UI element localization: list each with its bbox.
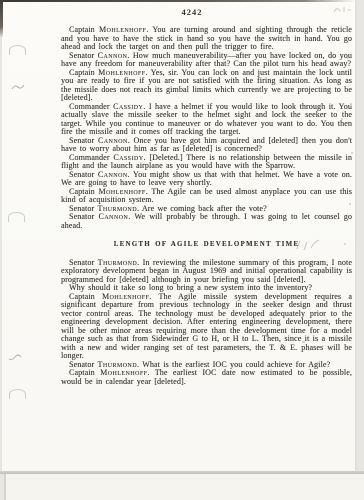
next-page-edge bbox=[4, 474, 364, 500]
scan-speck bbox=[341, 118, 343, 120]
speech-paragraph: Captain Mohlenhoff. Yes, sir. You can lo… bbox=[61, 69, 352, 103]
speaker-name: Cannon bbox=[98, 212, 128, 221]
punch-hole-mark bbox=[8, 212, 25, 222]
scan-speck bbox=[344, 243, 346, 245]
page-number: 4242 bbox=[152, 7, 232, 17]
punch-hole-mark bbox=[9, 389, 26, 399]
speaker-rank: Senator bbox=[69, 212, 98, 221]
speaker-rank: Commander bbox=[69, 102, 113, 111]
scan-speck bbox=[350, 103, 352, 106]
speaker-name: Cannon bbox=[98, 170, 128, 179]
speaker-rank: Senator bbox=[69, 170, 98, 179]
punch-hole-mark bbox=[9, 45, 26, 55]
speech-paragraph: Commander Cassidy. I have a helmet if yo… bbox=[61, 103, 352, 137]
speech-paragraph: Senator Cannon. You might show us that w… bbox=[61, 171, 352, 188]
pencil-smudge bbox=[332, 3, 356, 22]
speaker-rank: Captain bbox=[69, 68, 98, 77]
speaker-name: Mohlenhoff bbox=[98, 68, 145, 77]
speaker-name: Thurmond bbox=[98, 258, 138, 267]
pencil-smudge bbox=[294, 237, 322, 258]
pencil-mark bbox=[8, 350, 22, 368]
speaker-rank: Senator bbox=[69, 51, 98, 60]
speaker-rank: Captain bbox=[69, 25, 99, 34]
speaker-rank: Captain bbox=[69, 368, 100, 377]
speech-paragraph: Captain Mohlenhoff. The Agile missile sy… bbox=[61, 293, 352, 361]
pencil-mark bbox=[11, 79, 25, 97]
speaker-name: Cannon bbox=[98, 136, 128, 145]
speech-paragraph: Captain Mohlenhoff. You are turning arou… bbox=[61, 26, 352, 52]
document-page: 4242 Captain Mohlenhoff. You are turning… bbox=[2, 0, 355, 471]
scan-speck bbox=[302, 341, 305, 343]
scan-speck bbox=[347, 57, 349, 59]
speech-paragraph: Captain Mohlenhoff. The Agile can be use… bbox=[61, 188, 352, 205]
speaker-name: Mohlenhoff bbox=[102, 292, 149, 301]
speaker-name: Mohlenhoff bbox=[99, 25, 146, 34]
speaker-name: Cassidy bbox=[113, 153, 143, 162]
speaker-name: Cassidy bbox=[113, 102, 143, 111]
speaker-rank: Senator bbox=[69, 136, 98, 145]
speaker-rank: Commander bbox=[69, 153, 113, 162]
speech-paragraph: Senator Thurmond. In reviewing the miles… bbox=[61, 259, 352, 285]
speaker-name: Cannon bbox=[98, 51, 128, 60]
speech-paragraph: Senator Cannon. We will probably be thro… bbox=[61, 213, 352, 230]
scanned-page-background: { "page": { "number": "4242", "content":… bbox=[0, 0, 364, 500]
speech-paragraph: Captain Mohlenhoff. The earliest IOC dat… bbox=[61, 369, 352, 386]
speaker-name: Mohlenhoff bbox=[100, 368, 147, 377]
speech-paragraph: Senator Cannon. Once you have got him ac… bbox=[61, 137, 352, 154]
speech-paragraph: Senator Cannon. How much maneuverability… bbox=[61, 52, 352, 69]
scan-speck bbox=[349, 203, 351, 205]
transcript: Captain Mohlenhoff. You are turning arou… bbox=[61, 26, 352, 386]
speaker-rank: Senator bbox=[69, 258, 98, 267]
scan-edge-top bbox=[2, 0, 356, 2]
speaker-rank: Captain bbox=[69, 187, 98, 196]
speaker-rank: Captain bbox=[69, 292, 102, 301]
speech-paragraph: Commander Cassidy. [Deleted.] There is n… bbox=[61, 154, 352, 171]
speaker-name: Mohlenhoff bbox=[98, 187, 145, 196]
scan-edge-left bbox=[0, 0, 3, 38]
scan-speck bbox=[351, 152, 353, 154]
